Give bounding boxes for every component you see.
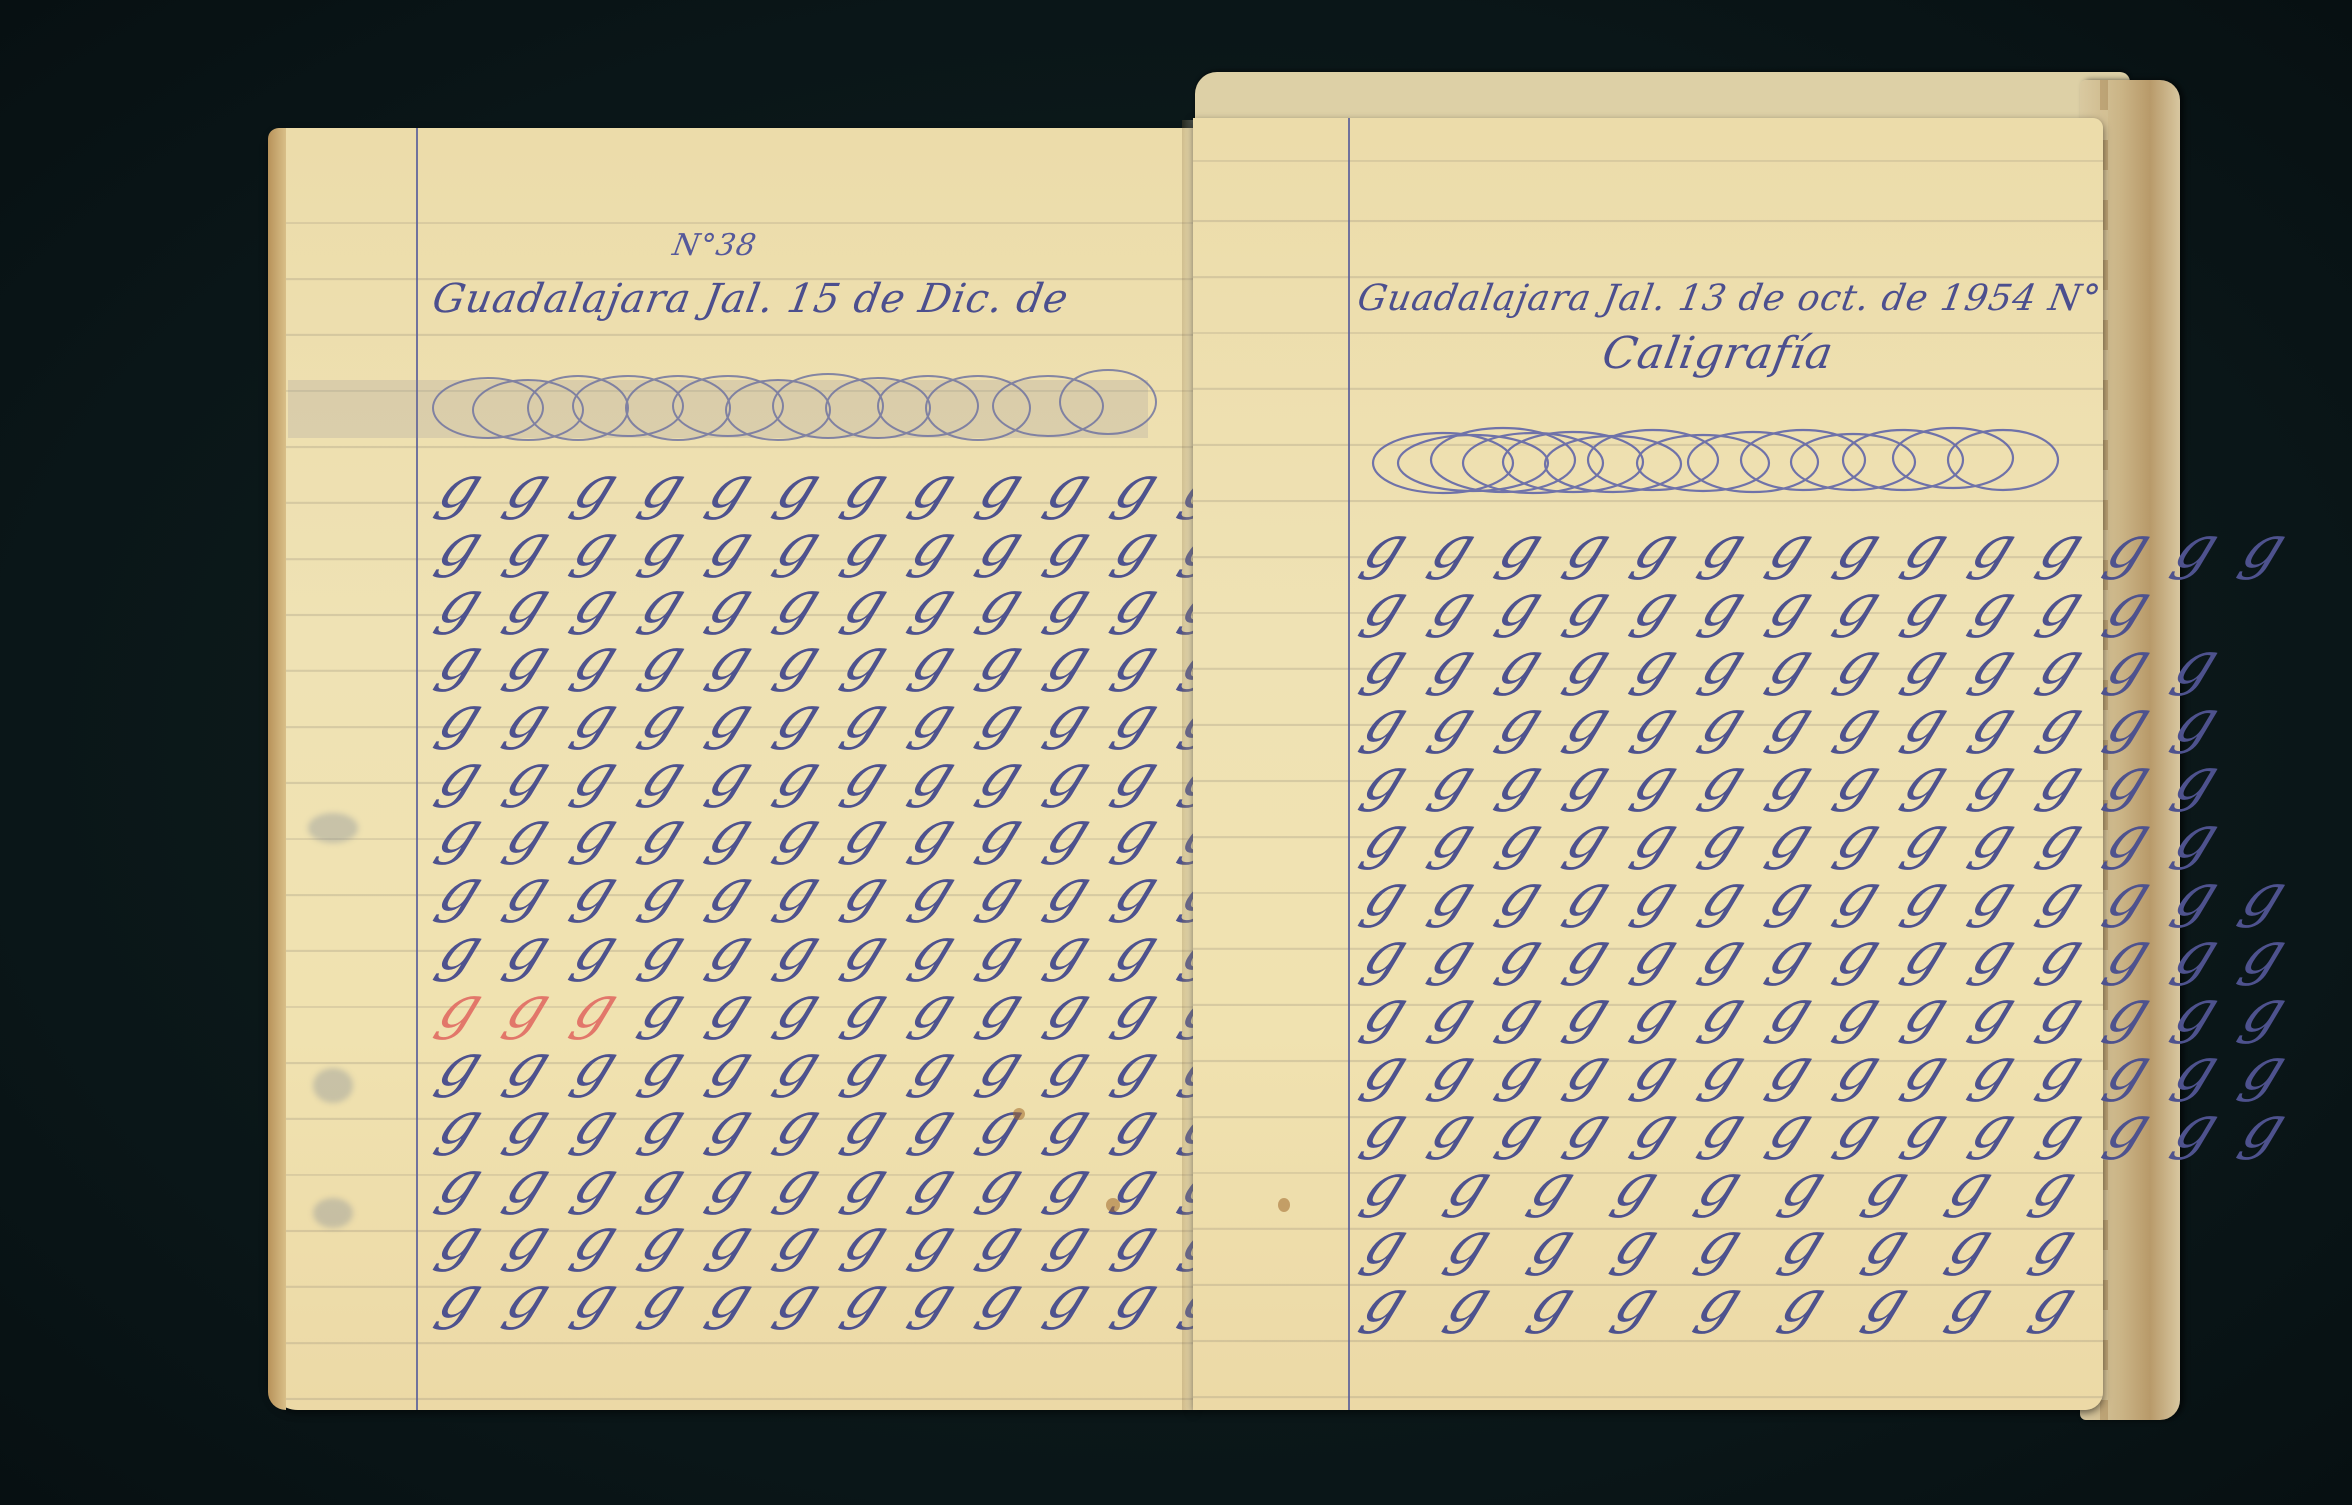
practice-row: g g g g g g g g g — [1354, 1267, 2101, 1335]
left-page: N°38 Guadalajara Jal. 15 de Dic. de g g … — [268, 128, 1193, 1410]
right-page: Guadalajara Jal. 13 de oct. de 1954 N° C… — [1193, 118, 2103, 1410]
practice-rows: g g g g g g g g g g g g g g g g g g g g … — [443, 453, 1183, 1353]
margin-line — [1348, 118, 1350, 1410]
scribble-warmup-exercise — [1353, 408, 2093, 518]
margin-line — [416, 128, 418, 1410]
page-subtitle: Caligrafía — [1599, 328, 1838, 379]
smudge — [308, 813, 358, 843]
practice-rows: g g g g g g g g g g g g g g g g g g g g … — [1368, 513, 2088, 1413]
practice-row: g g g g g g g g g g g g — [429, 1263, 1243, 1331]
smudge — [313, 1198, 353, 1228]
ink-stain — [1278, 1198, 1290, 1212]
page-heading: Guadalajara Jal. 15 de Dic. de — [429, 276, 1072, 322]
ink-stain — [1013, 1108, 1025, 1120]
ink-stain — [1106, 1198, 1120, 1212]
page-heading: Guadalajara Jal. 13 de oct. de 1954 N° — [1354, 278, 2104, 319]
entry-number: N°38 — [670, 228, 760, 263]
smudge — [313, 1068, 353, 1103]
scribble-warmup-exercise — [288, 358, 1188, 458]
